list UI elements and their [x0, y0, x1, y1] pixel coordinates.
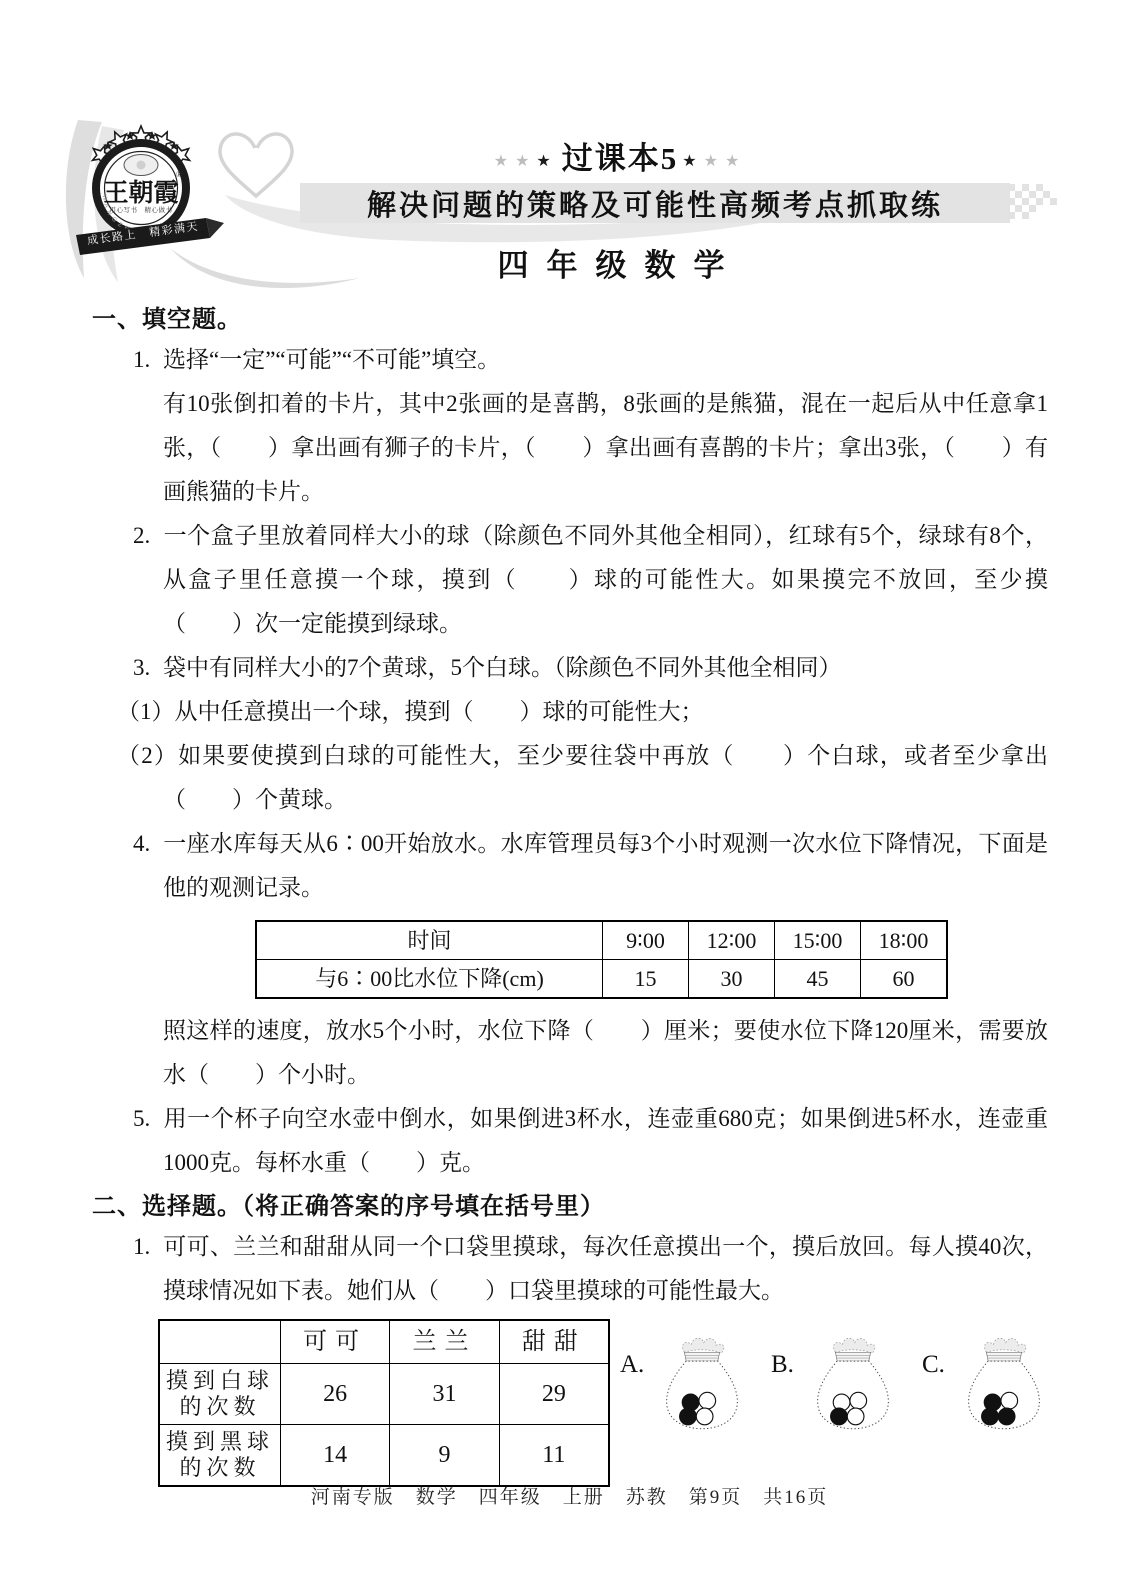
ball: [680, 1408, 697, 1425]
choice-a: A.: [620, 1333, 746, 1434]
publisher-badge-logo: 王朝霞 ® 用心写书 精心做书 WANGZHAOXIA 成长路上 精彩满天: [72, 115, 252, 265]
question-3-sub-2: （2）如果要使摸到白球的可能性大，至少要往袋中再放（ ）个白球，或者至少拿出（ …: [117, 734, 1048, 822]
question-3-sub-1: （1）从中任意摸出一个球，摸到（ ）球的可能性大；: [117, 690, 1048, 734]
table-cell: 60: [861, 960, 948, 999]
question-number: 2.: [133, 514, 163, 558]
bag-a-icon: [658, 1333, 746, 1434]
question-number: 3.: [133, 646, 163, 690]
topic-banner-text: 解决问题的策略及可能性高频考点抓取练: [367, 183, 943, 224]
worksheet-page: 王朝霞 ® 用心写书 精心做书 WANGZHAOXIA 成长路上 精彩满天 ★★…: [0, 0, 1139, 1582]
question-4-continuation: 照这样的速度，放水5个小时，水位下降（ ）厘米；要使水位下降120厘米，需要放水…: [163, 1009, 1048, 1097]
ball: [831, 1408, 848, 1425]
ball: [982, 1408, 999, 1425]
table-cell: [159, 1320, 280, 1364]
table-cell: 15: [603, 960, 689, 999]
table-and-choices-row: 可可 兰兰 甜甜 摸到白球的次数 26 31 29 摸到黑球的次数 14 9 1…: [158, 1319, 1048, 1487]
table-row: 时间 9∶00 12∶00 15∶00 18∶00: [256, 921, 947, 960]
registered-mark: ®: [176, 170, 182, 179]
table-cell: 摸到白球的次数: [159, 1364, 280, 1425]
ball-draw-table: 可可 兰兰 甜甜 摸到白球的次数 26 31 29 摸到黑球的次数 14 9 1…: [158, 1319, 610, 1487]
star-icon: ★★: [494, 153, 537, 170]
table-cell: 45: [775, 960, 861, 999]
table-cell: 甜甜: [499, 1320, 609, 1364]
question-number: 5.: [133, 1097, 163, 1141]
question-1-paragraph: 有10张倒扣着的卡片，其中2张画的是喜鹊，8张画的是熊猫，混在一起后从中任意拿1…: [163, 382, 1048, 514]
table-cell: 12∶00: [689, 921, 775, 960]
table-cell: 时间: [256, 921, 603, 960]
table-row: 摸到黑球的次数 14 9 11: [159, 1425, 609, 1487]
section-1-heading: 一、填空题。: [92, 302, 1048, 338]
table-cell: 18∶00: [861, 921, 948, 960]
worksheet-body: 一、填空题。 1.选择“一定”“可能”“不可能”填空。 有10张倒扣着的卡片，其…: [92, 302, 1048, 1487]
table-cell: 9: [390, 1425, 499, 1487]
answer-choice-bags: A. B.: [620, 1333, 1048, 1434]
table-cell: 14: [280, 1425, 389, 1487]
question-2: 2.一个盒子里放着同样大小的球（除颜色不同外其他全相同），红球有5个，绿球有8个…: [133, 514, 1048, 646]
ball: [1001, 1392, 1018, 1409]
ball: [847, 1408, 864, 1425]
question-text: 袋中有同样大小的7个黄球，5个白球。（除颜色不同外其他全相同）: [163, 655, 842, 680]
badge-subtext: 用心写书 精心做书: [110, 205, 173, 214]
question-text: 一座水库每天从6∶00开始放水。水库管理员每3个小时观测一次水位下降情况，下面是…: [163, 831, 1048, 900]
question-text: 选择“一定”“可能”“不可能”填空。: [163, 347, 500, 372]
choice-c: C.: [922, 1333, 1048, 1434]
table-cell: 与6∶00比水位下降(cm): [256, 960, 603, 999]
table-cell: 摸到黑球的次数: [159, 1425, 280, 1487]
star-icon: ★: [536, 153, 557, 170]
water-level-table: 时间 9∶00 12∶00 15∶00 18∶00 与6∶00比水位下降(cm)…: [255, 920, 948, 999]
table-cell: 兰兰: [390, 1320, 499, 1364]
question-number: 1.: [133, 338, 163, 382]
page-footer: 河南专版 数学 四年级 上册 苏教 第9页 共16页: [0, 1482, 1139, 1509]
table-row: 与6∶00比水位下降(cm) 15 30 45 60: [256, 960, 947, 999]
checker-pattern-decoration: [1008, 181, 1060, 225]
question-4: 4.一座水库每天从6∶00开始放水。水库管理员每3个小时观测一次水位下降情况，下…: [133, 822, 1048, 910]
choice-a-label: A.: [620, 1343, 654, 1387]
table-cell: 9∶00: [603, 921, 689, 960]
star-icon: ★★: [704, 153, 747, 170]
grade-subject-title: 四年级数学: [300, 240, 940, 285]
table-cell: 30: [689, 960, 775, 999]
table-row: 可可 兰兰 甜甜: [159, 1320, 609, 1364]
section-2-question-1: 1.可可、兰兰和甜甜从同一个口袋里摸球，每次任意摸出一个，摸后放回。每人摸40次…: [133, 1225, 1048, 1313]
ball: [699, 1392, 716, 1409]
section-2-heading: 二、选择题。（将正确答案的序号填在括号里）: [92, 1189, 1048, 1225]
table-cell: 29: [499, 1364, 609, 1425]
lesson-title-line: ★★★过课本5★★★: [300, 133, 940, 178]
question-3: 3.袋中有同样大小的7个黄球，5个白球。（除颜色不同外其他全相同）: [133, 646, 1048, 690]
table-cell: 31: [390, 1364, 499, 1425]
choice-b: B.: [771, 1333, 897, 1434]
table-row: 摸到白球的次数 26 31 29: [159, 1364, 609, 1425]
table-cell: 26: [280, 1364, 389, 1425]
bag-b-icon: [809, 1333, 897, 1434]
table-cell: 15∶00: [775, 921, 861, 960]
question-number: 4.: [133, 822, 163, 866]
choice-b-label: B.: [771, 1343, 805, 1387]
table-cell: 可可: [280, 1320, 389, 1364]
topic-banner: 解决问题的策略及可能性高频考点抓取练: [300, 183, 1010, 223]
question-text: 一个盒子里放着同样大小的球（除颜色不同外其他全相同），红球有5个，绿球有8个，从…: [163, 523, 1048, 636]
question-text: 可可、兰兰和甜甜从同一个口袋里摸球，每次任意摸出一个，摸后放回。每人摸40次，摸…: [163, 1234, 1048, 1303]
ball: [998, 1408, 1015, 1425]
choice-c-label: C.: [922, 1343, 956, 1387]
badge-name: 王朝霞: [103, 179, 178, 207]
table-cell: 11: [499, 1425, 609, 1487]
bag-c-icon: [960, 1333, 1048, 1434]
ball: [850, 1392, 867, 1409]
question-1: 1.选择“一定”“可能”“不可能”填空。: [133, 338, 1048, 382]
question-5: 5.用一个杯子向空水壶中倒水，如果倒进3杯水，连壶重680克；如果倒进5杯水，连…: [133, 1097, 1048, 1185]
question-number: 1.: [133, 1225, 163, 1269]
lesson-title: 过课本5: [562, 141, 679, 176]
ball: [696, 1408, 713, 1425]
star-icon: ★: [682, 153, 703, 170]
question-text: 用一个杯子向空水壶中倒水，如果倒进3杯水，连壶重680克；如果倒进5杯水，连壶重…: [163, 1106, 1048, 1175]
